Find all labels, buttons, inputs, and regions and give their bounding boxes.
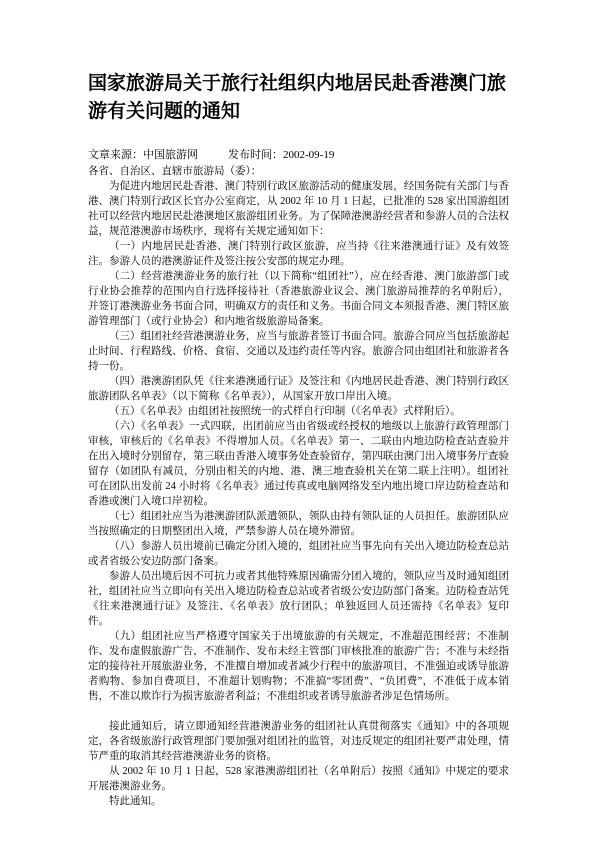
paragraph: （九）组团社应当严格遵守国家关于出境旅游的有关规定，不准超范围经营；不准制作、发… [88,629,509,704]
paragraph-list: 为促进内地居民赴香港、澳门特别行政区旅游活动的健康发展，经国务院有关部门与香港、… [88,179,509,809]
paragraph: 从 2002 年 10 月 1 日起，528 家港澳游组团社（名单附后）按照《通… [88,764,509,794]
paragraph: （七）组团社应当为港澳游团队派遣领队，领队由持有领队证的人员担任。旅游团队应当按… [88,509,509,539]
salutation: 各省、自治区、直辖市旅游局（委）： [88,164,509,179]
paragraph: （二）经营港澳游业务的旅行社（以下简称“组团社”），应在经香港、澳门旅游部门或行… [88,269,509,329]
document-page: 国家旅游局关于旅行社组织内地居民赴香港澳门旅游有关问题的通知 文章来源：中国旅游… [0,0,595,842]
document-title: 国家旅游局关于旅行社组织内地居民赴香港澳门旅游有关问题的通知 [88,70,509,126]
paragraph: （一）内地居民赴香港、澳门特别行政区旅游，应当持《往来港澳通行证》及有效签注。参… [88,239,509,269]
publish-date-value: 2002-09-19 [283,149,334,161]
paragraph: （三）组团社经营港澳游业务，应当与旅游者签订书面合同。旅游合同应当包括旅游起止时… [88,329,509,374]
paragraph: 为促进内地居民赴香港、澳门特别行政区旅游活动的健康发展，经国务院有关部门与香港、… [88,179,509,239]
paragraph: 参游人员出境后因不可抗力或者其他特殊原因确需分团入境的，领队应当及时通知组团社，… [88,569,509,629]
document-content: 国家旅游局关于旅行社组织内地居民赴香港澳门旅游有关问题的通知 文章来源：中国旅游… [88,70,509,809]
meta-line: 文章来源：中国旅游网发布时间：2002-09-19 [88,147,509,163]
document-body: 各省、自治区、直辖市旅游局（委）： 为促进内地居民赴香港、澳门特别行政区旅游活动… [88,164,509,809]
paragraph: （四）港澳游团队凭《往来港澳通行证》及签注和《内地居民赴香港、澳门特别行政区旅游… [88,374,509,404]
source-label: 文章来源： [88,149,143,161]
source-value: 中国旅游网 [143,149,198,161]
paragraph: （六）《名单表》一式四联，出团前应当由省级或经授权的地级以上旅游行政管理部门审核… [88,419,509,509]
paragraph: （五）《名单表》由组团社按照统一的式样自行印制（《名单表》式样附后）。 [88,404,509,419]
paragraph: 接此通知后，请立即通知经营港澳游业务的组团社认真贯彻落实《通知》中的各项规定，各… [88,719,509,764]
paragraph: 特此通知。 [88,794,509,809]
publish-date-label: 发布时间： [228,149,283,161]
paragraph: （八）参游人员出境前已确定分团入境的，组团社应当事先向有关出入境边防检查总站或者… [88,539,509,569]
